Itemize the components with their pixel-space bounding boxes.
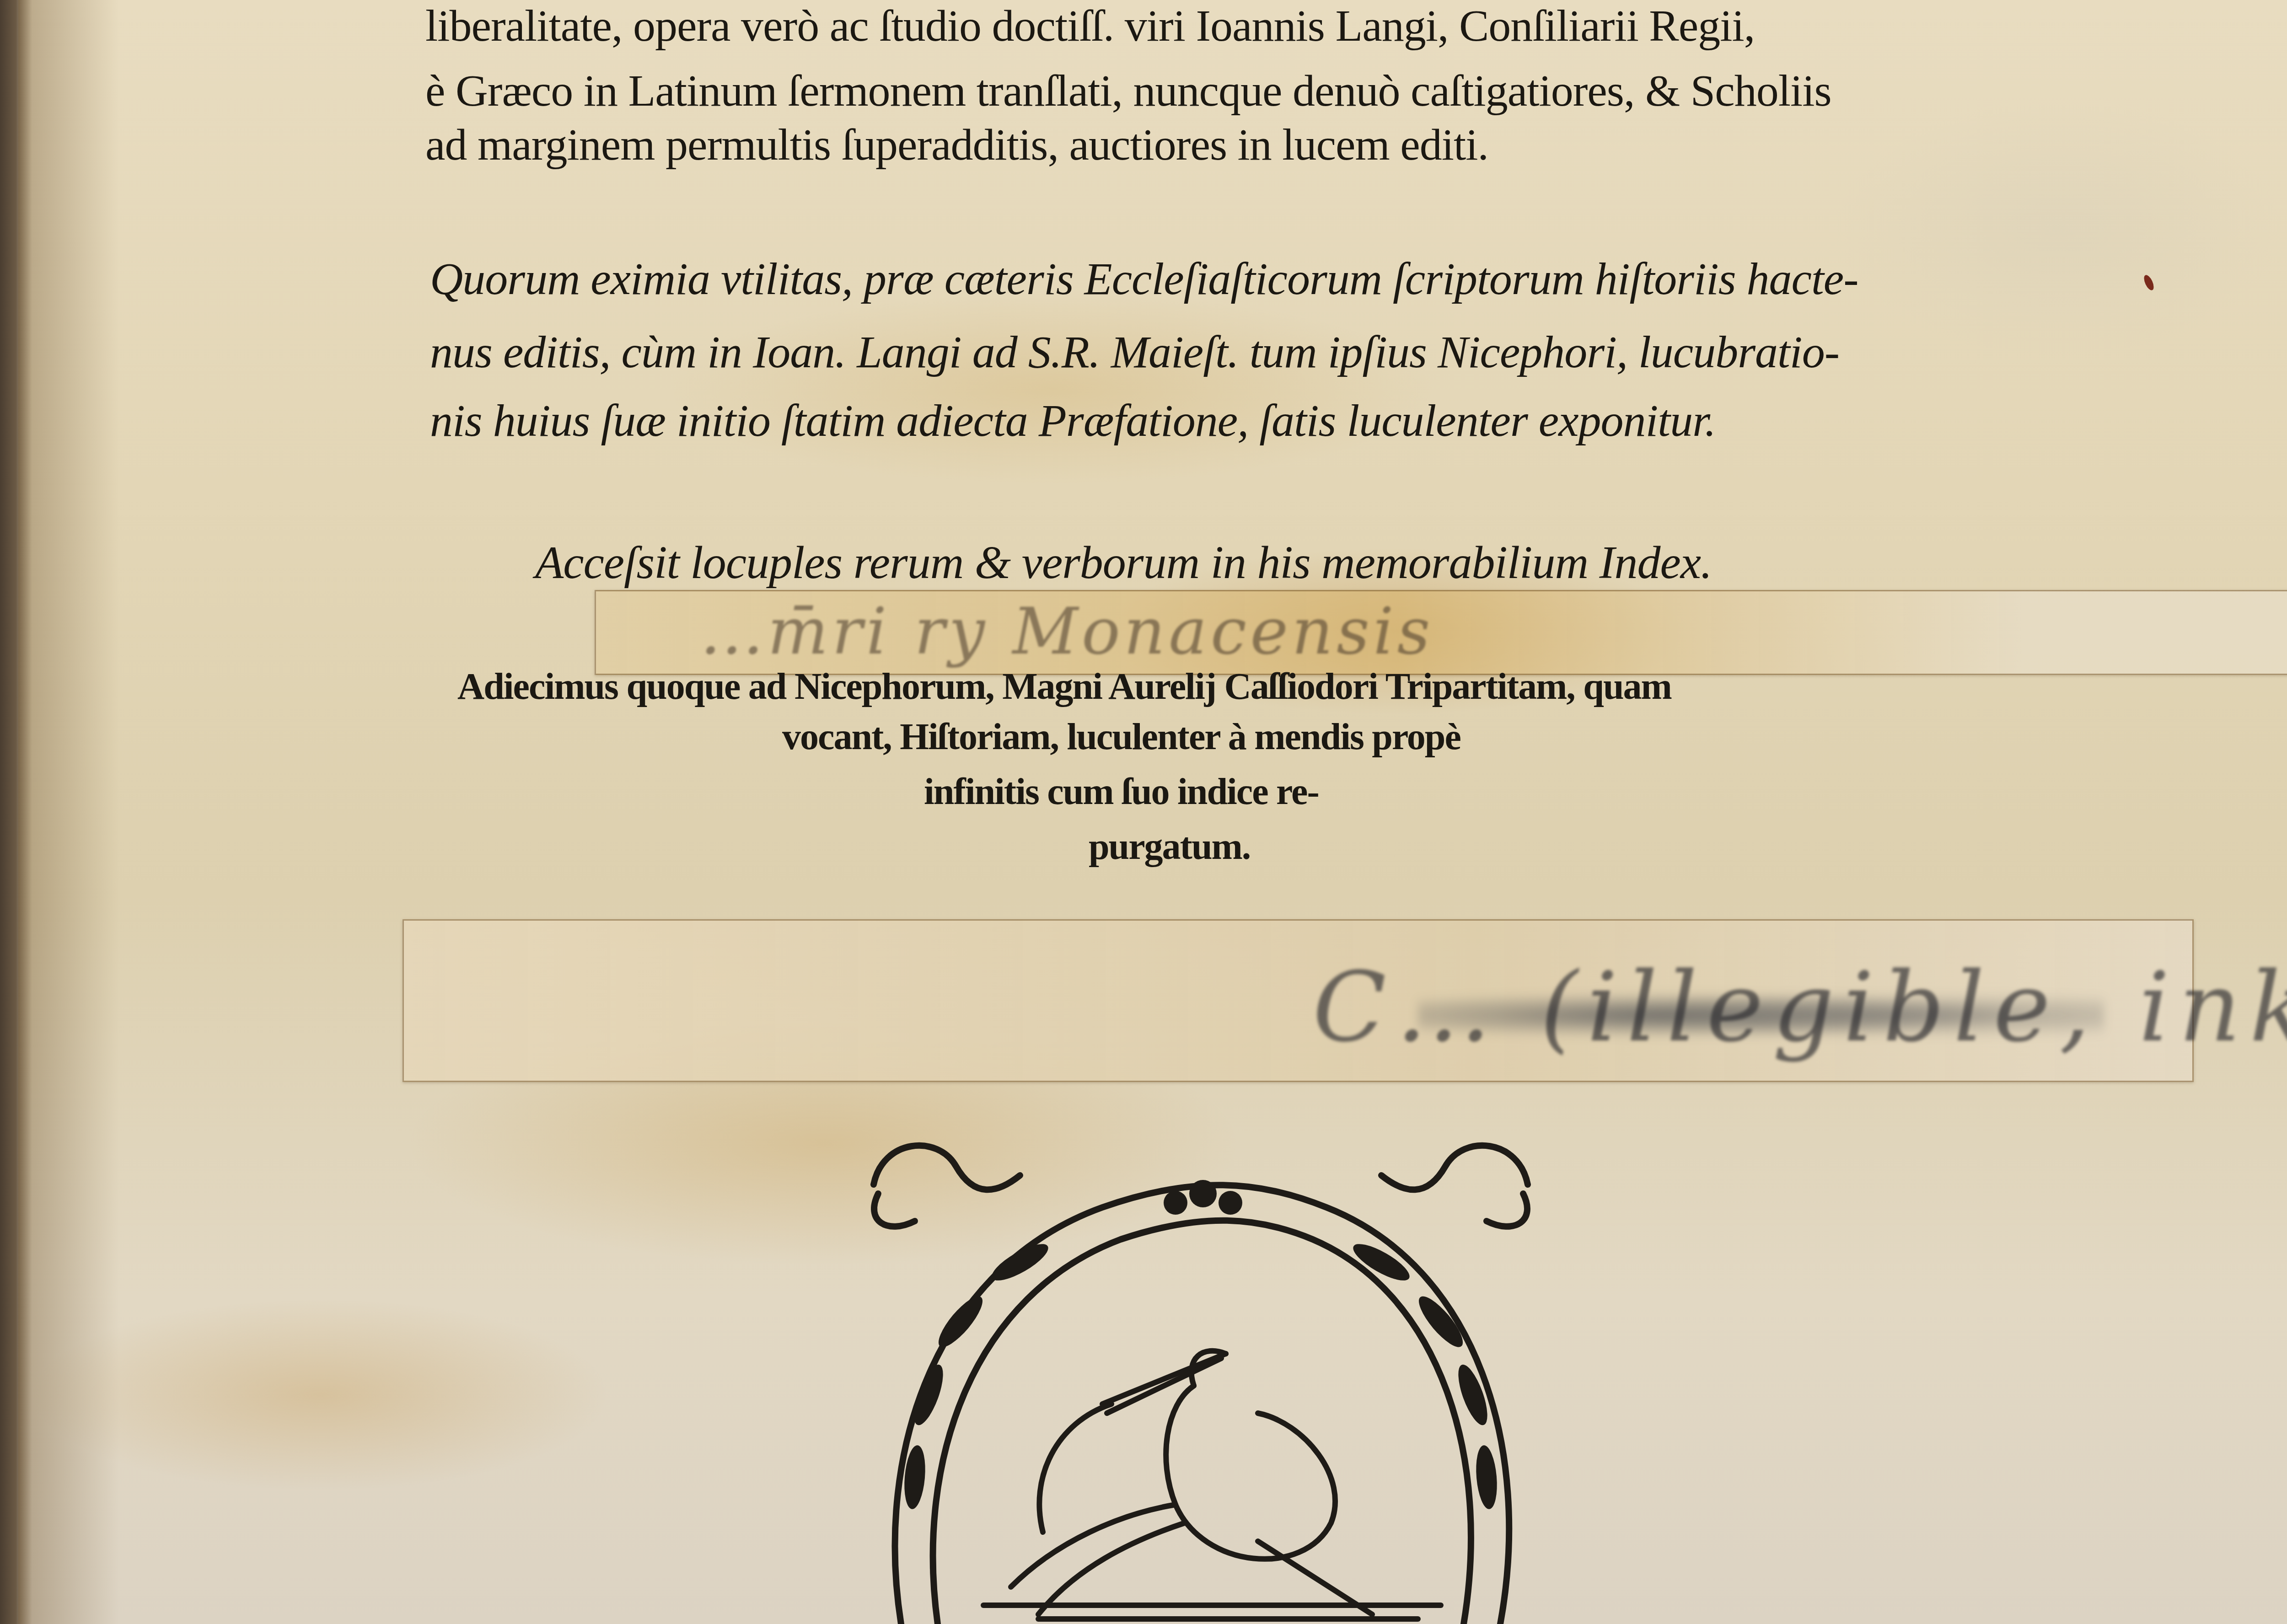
tripartita-line-4: purgatum. [1089, 828, 1250, 865]
tripartita-line-1: Adiecimus quoque ad Nicephorum, Magni Au… [457, 668, 1671, 705]
provenance-inscription-upper: …m̄ri ry Monacensis [700, 595, 1434, 669]
italic-line-1: Quorum eximia vtilitas, præ cæteris Eccl… [430, 256, 1858, 302]
italic-line-3: nis huius ſuæ initio ſtatim adiecta Præf… [430, 398, 1716, 444]
title-line-2: è Græco in Latinum ſermonem tranſlati, n… [425, 69, 1831, 113]
tripartita-line-2: vocant, Hiſtoriam, luculenter à mendis p… [782, 718, 1460, 756]
index-note: Acceſsit locuples rerum & verborum in hi… [535, 540, 1712, 586]
stork-woodcut-icon [846, 1130, 1555, 1624]
printers-device [846, 1130, 1555, 1624]
title-line-1: liberalitate, opera verò ac ſtudio docti… [425, 4, 1755, 48]
provenance-inscription-lower: C… (illegible, ink smudged) [1313, 951, 2287, 1063]
italic-line-2: nus editis, cùm in Ioan. Langi ad S.R. M… [430, 329, 1839, 375]
gutter-shadow [18, 0, 119, 1624]
tripartita-line-3: infinitis cum ſuo indice re- [924, 773, 1319, 810]
title-line-3: ad marginem permultis ſuperadditis, auct… [425, 123, 1488, 167]
